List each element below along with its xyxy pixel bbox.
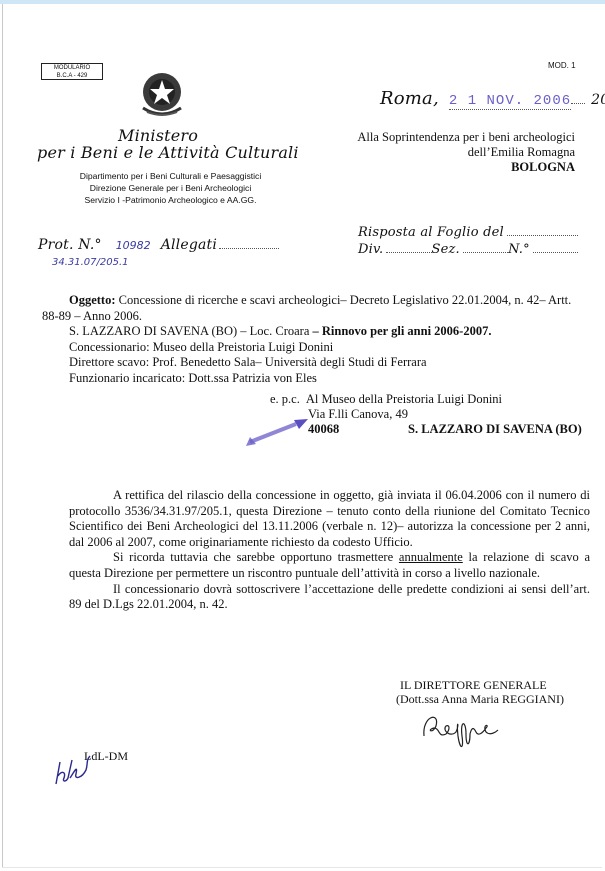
cc-address: e. p.c. Al Museo della Preistoria Luigi … bbox=[270, 392, 582, 437]
cc-street: Via F.lli Canova, 49 bbox=[308, 407, 408, 422]
cc-city: S. LAZZARO DI SAVENA (BO) bbox=[408, 422, 582, 437]
form-code-box: MODULARIO B.C.A - 429 bbox=[41, 63, 103, 80]
signatory-title: IL DIRETTORE GENERALE bbox=[396, 678, 564, 692]
letter-body: A rettifica del rilascio della concessio… bbox=[69, 488, 590, 613]
ministry-subtitle: per i Beni e le Attività Culturali bbox=[37, 143, 299, 162]
protocol-classification: 34.31.07/205.1 bbox=[52, 257, 129, 268]
cc-prefix: e. p.c. bbox=[270, 392, 300, 407]
form-box-line1: MODULARIO bbox=[42, 65, 102, 73]
official-label: Funzionario incaricato: bbox=[69, 371, 185, 385]
subject-text: Concessione di ricerche e scavi archeolo… bbox=[42, 293, 571, 323]
recipient-city: BOLOGNA bbox=[511, 160, 575, 174]
protocol-label: Prot. N.° bbox=[38, 237, 102, 253]
reply-label: Risposta al Foglio del bbox=[358, 224, 504, 241]
reply-date-field bbox=[507, 235, 578, 236]
date-line: Roma, 2 1 NOV. 2006 20 bbox=[380, 88, 605, 110]
body-paragraph-2: Si ricorda tuttavia che sarebbe opportun… bbox=[69, 550, 590, 581]
no-label: N.° bbox=[508, 241, 530, 258]
sez-label: Sez. bbox=[432, 241, 460, 258]
protocol-number: 10982 bbox=[116, 239, 151, 252]
attachments-field bbox=[219, 248, 279, 249]
subject-location: S. LAZZARO DI SAVENA (BO) – Loc. Croara bbox=[69, 324, 309, 338]
director-label: Direttore scavo: bbox=[69, 355, 149, 369]
handwritten-initials-icon bbox=[52, 752, 92, 787]
letterhead-departments: Dipartimento per i Beni Culturali e Paes… bbox=[58, 170, 283, 206]
sez-field bbox=[463, 252, 508, 253]
date-year-prefix: 20 bbox=[591, 92, 605, 108]
form-code: MOD. 1 bbox=[548, 61, 576, 70]
recipient-line2: dell’Emilia Romagna bbox=[357, 145, 575, 160]
subject-renewal: – Rinnovo per gli anni 2006-2007. bbox=[313, 324, 492, 338]
director-value: Prof. Benedetto Sala– Università degli S… bbox=[152, 355, 426, 369]
cc-to: Al Museo della Preistoria Luigi Donini bbox=[306, 392, 502, 407]
recipient-line1: Alla Soprintendenza per i beni archeolog… bbox=[357, 130, 575, 145]
div-label: Div. bbox=[358, 241, 383, 258]
handwritten-signature-icon bbox=[420, 706, 500, 751]
protocol-line: Prot. N.° 10982 Allegati bbox=[38, 237, 279, 253]
recipient-address: Alla Soprintendenza per i beni archeolog… bbox=[357, 130, 575, 175]
cc-postcode: 40068 bbox=[308, 422, 408, 437]
subject-block: Oggetto: Concessione di ricerche e scavi… bbox=[69, 293, 589, 387]
service: Servizio I -Patrimonio Archeologico e AA… bbox=[58, 194, 283, 206]
concessionaire-name: Luigi Donini bbox=[268, 340, 333, 354]
directorate: Direzione Generale per i Beni Archeologi… bbox=[58, 182, 283, 194]
div-field bbox=[386, 252, 431, 253]
page-bottom-edge bbox=[2, 867, 602, 868]
body-p2-emphasis: annualmente bbox=[399, 550, 463, 564]
body-paragraph-3: Il concessionario dovrà sottoscrivere l’… bbox=[69, 582, 590, 613]
signature-block: IL DIRETTORE GENERALE (Dott.ssa Anna Mar… bbox=[396, 678, 564, 706]
reply-reference: Risposta al Foglio del Div. Sez. N.° bbox=[358, 224, 578, 258]
page-left-edge bbox=[2, 4, 3, 868]
form-box-line2: B.C.A - 429 bbox=[42, 73, 102, 81]
date-stamp: 2 1 NOV. 2006 bbox=[449, 93, 571, 110]
body-paragraph-1: A rettifica del rilascio della concessio… bbox=[69, 488, 590, 550]
no-field bbox=[533, 252, 578, 253]
attachments-label: Allegati bbox=[161, 237, 217, 253]
italian-emblem-icon bbox=[137, 68, 187, 120]
window-top-band bbox=[0, 0, 605, 4]
date-dots bbox=[571, 103, 585, 104]
date-city: Roma, bbox=[380, 88, 439, 109]
official-value: Dott.ssa Patrizia von Eles bbox=[188, 371, 316, 385]
arrow-stamp-icon bbox=[246, 418, 308, 446]
concessionaire-label: Concessionario: Museo della Preistoria bbox=[69, 340, 265, 354]
signatory-name: (Dott.ssa Anna Maria REGGIANI) bbox=[396, 692, 564, 706]
subject-label: Oggetto: bbox=[69, 293, 116, 307]
department: Dipartimento per i Beni Culturali e Paes… bbox=[58, 170, 283, 182]
body-p2-before: Si ricorda tuttavia che sarebbe opportun… bbox=[113, 550, 393, 564]
